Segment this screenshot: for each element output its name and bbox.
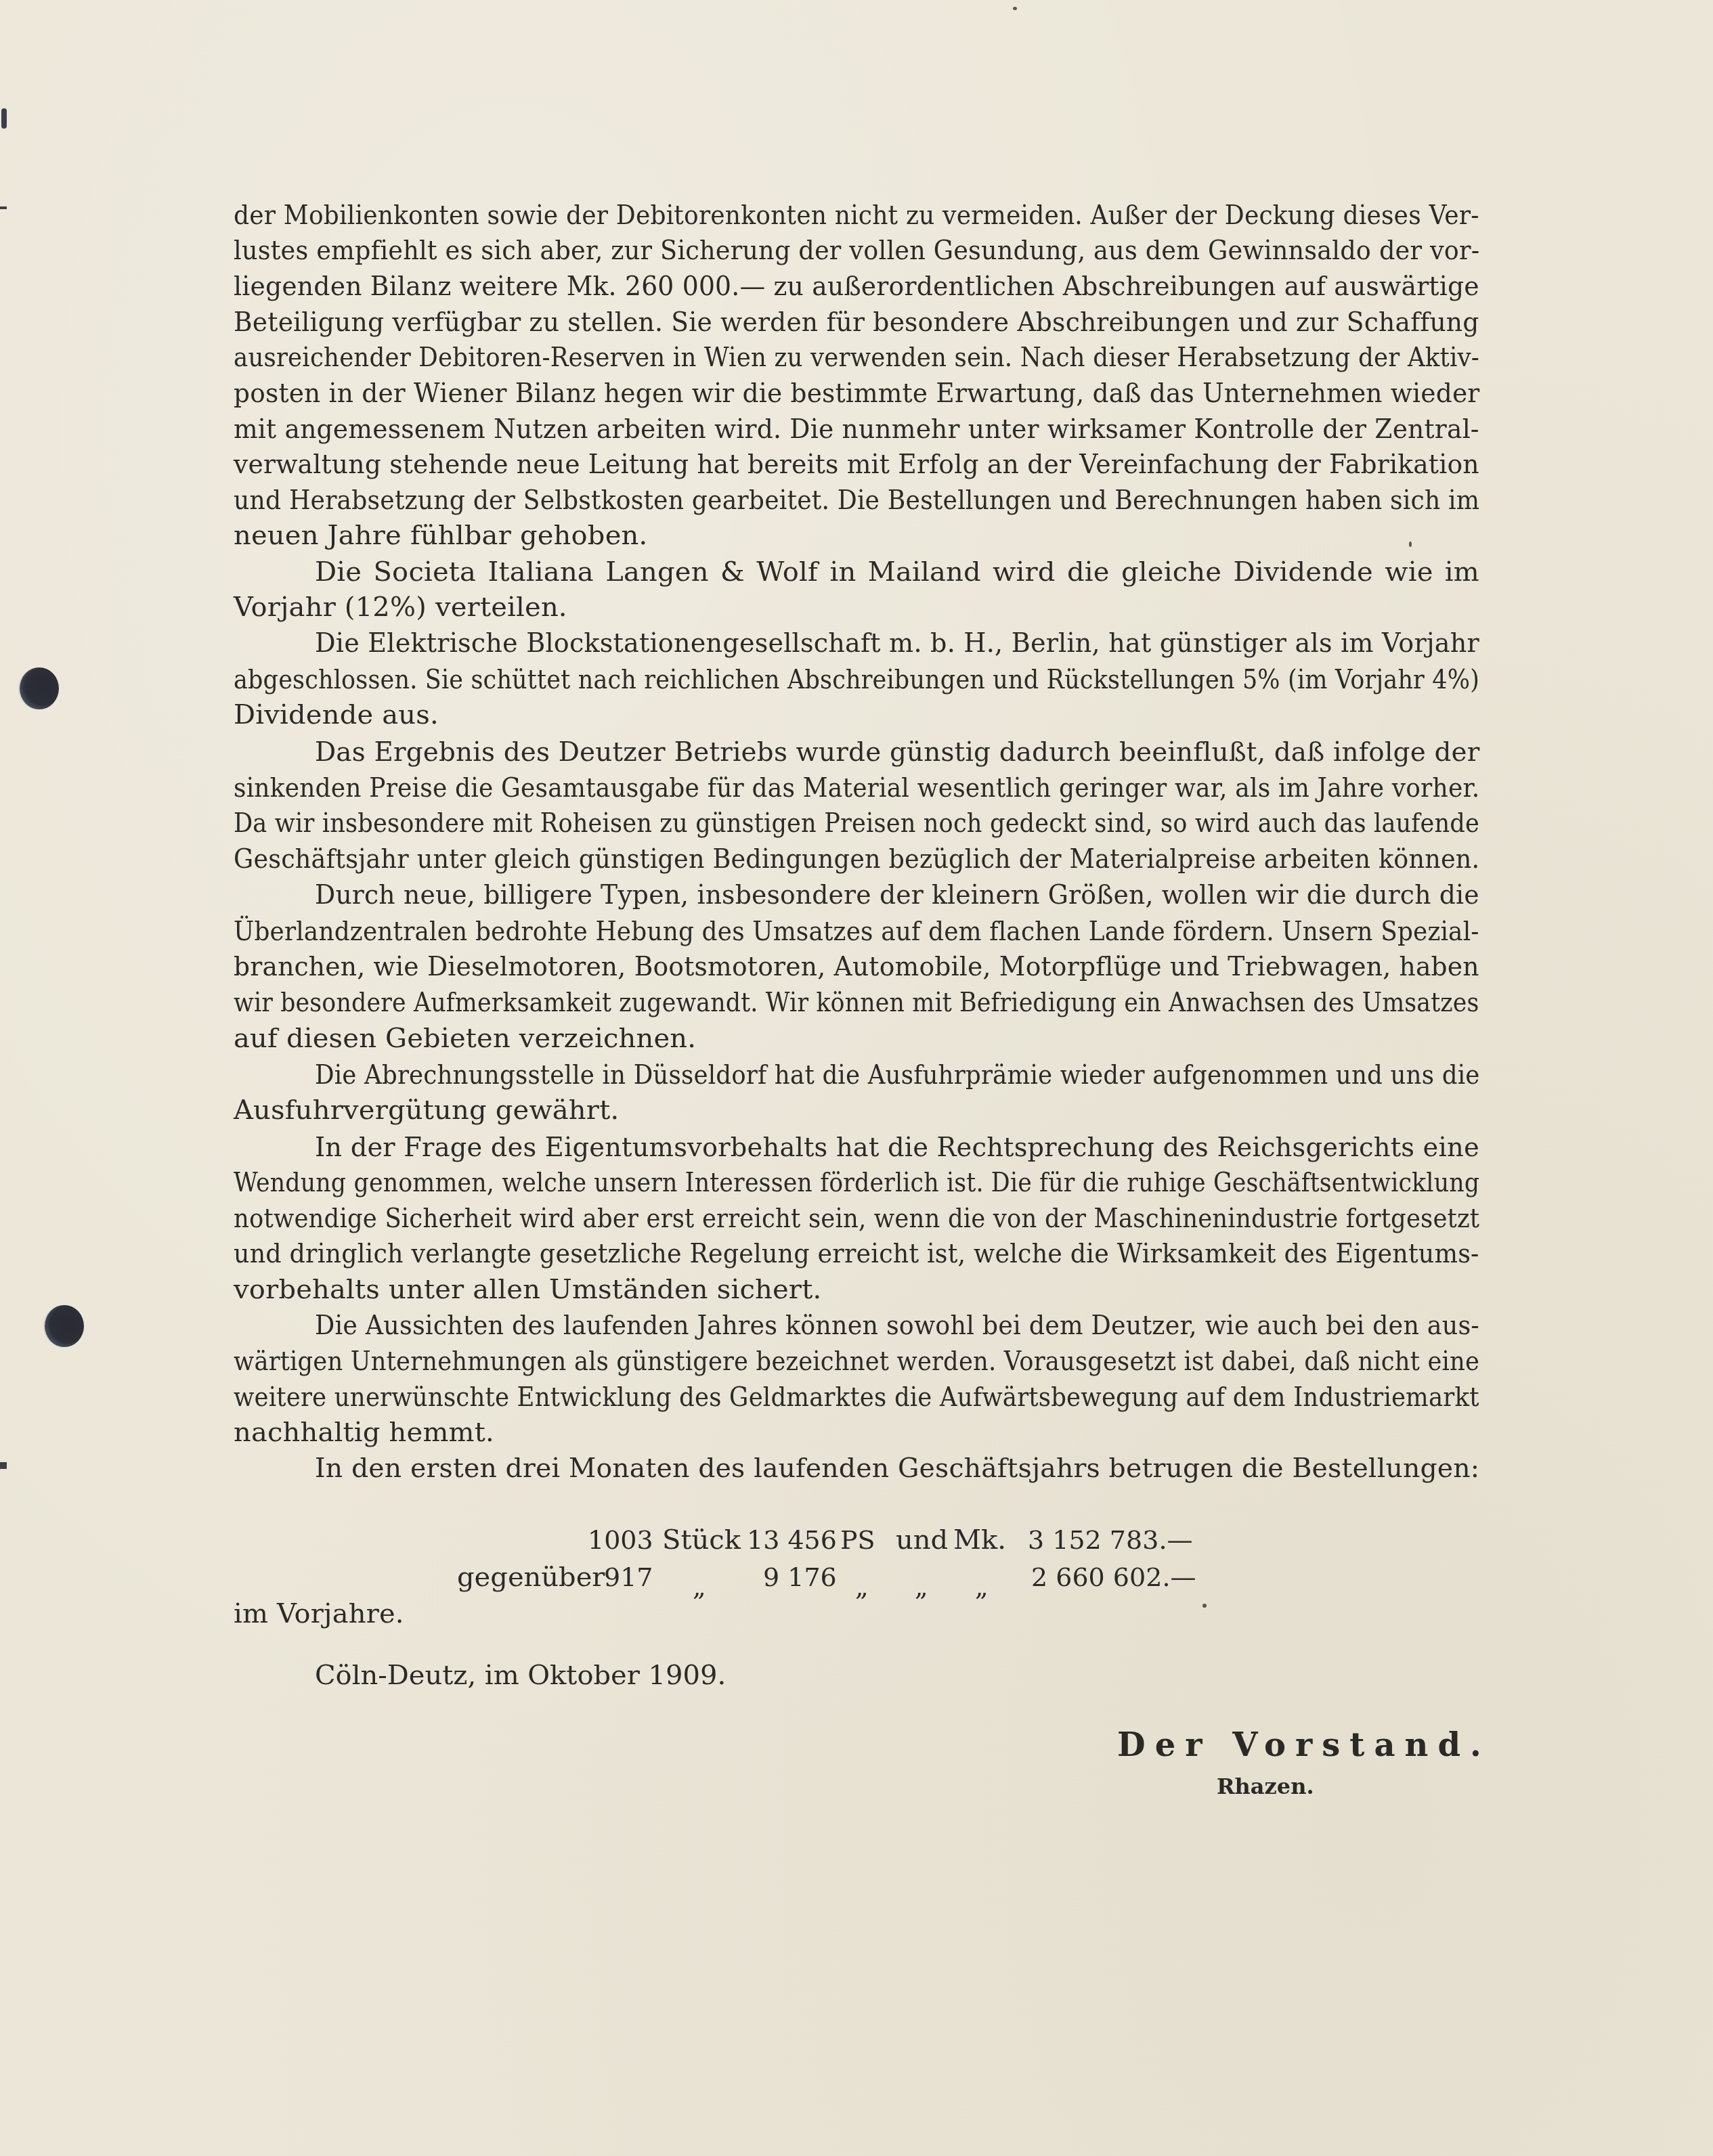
paragraph-first-line: Die Elektrische Blockstationengesellscha… [315, 625, 1479, 661]
text-line: lustes empfiehlt es sich aber, zur Siche… [234, 233, 1479, 268]
current-ps: 13 456 [747, 1522, 837, 1558]
text-line: wir besondere Aufmerksamkeit zugewandt. … [234, 985, 1479, 1020]
text-line: notwendige Sicherheit wird aber erst err… [234, 1201, 1479, 1236]
current-amount: 3 152 783.— [1028, 1522, 1192, 1558]
current-currency: Mk. [953, 1522, 1006, 1558]
text-line: der Mobilienkonten sowie der Debitorenko… [234, 198, 1479, 233]
text-line: weitere unerwünschte Entwicklung des Gel… [234, 1380, 1479, 1415]
text-line: Dividende aus. [234, 697, 1479, 732]
text-line: und Herabsetzung der Selbstkosten gearbe… [234, 483, 1479, 518]
previous-ps: 9 176 [763, 1560, 837, 1595]
signature-title: Der Vorstand. [1117, 1726, 1491, 1764]
text-line: sinkenden Preise die Gesamtausgabe für d… [234, 770, 1479, 806]
paragraph-first-line: In den ersten drei Monaten des laufenden… [315, 1451, 1479, 1486]
text-line: wärtigen Unternehmungen als günstigere b… [234, 1344, 1479, 1379]
signature-name: Rhazen. [1217, 1774, 1314, 1799]
text-line: Beteiligung verfügbar zu stellen. Sie we… [234, 305, 1479, 340]
text-line: verwaltung stehende neue Leitung hat ber… [234, 447, 1479, 482]
punch-hole-upper [20, 667, 59, 709]
binding-edge-mark [0, 1462, 7, 1469]
text-line: neuen Jahre fühlbar gehoben. [234, 518, 1479, 553]
text-line: Da wir insbesondere mit Roheisen zu güns… [234, 806, 1479, 841]
binding-edge-mark [0, 206, 7, 209]
text-line: Geschäftsjahr unter gleich günstigen Bed… [234, 841, 1479, 877]
current-unit-word: Stück [662, 1522, 741, 1558]
paragraph-first-line: Durch neue, billigere Typen, insbesonder… [315, 877, 1479, 912]
paragraph-first-line: Das Ergebnis des Deutzer Betriebs wurde … [315, 734, 1479, 770]
punch-hole-lower [45, 1305, 84, 1347]
current-ps-word: PS [840, 1522, 875, 1558]
paragraph-first-line: Die Aussichten des laufenden Jahres könn… [315, 1308, 1479, 1343]
text-line: liegenden Bilanz weitere Mk. 260 000.— z… [234, 269, 1479, 304]
text-line: branchen, wie Dieselmotoren, Bootsmotore… [234, 949, 1479, 984]
closing-line: im Vorjahre. [234, 1596, 1479, 1631]
paragraph-first-line: Die Abrechnungsstelle in Düsseldorf hat … [315, 1057, 1479, 1093]
paper-speck [1013, 7, 1017, 10]
text-line: posten in der Wiener Bilanz hegen wir di… [234, 376, 1479, 411]
current-units: 1003 [588, 1522, 653, 1558]
binding-edge-mark [1, 108, 7, 129]
paragraph-first-line: In der Frage des Eigentumsvorbehalts hat… [315, 1130, 1479, 1165]
current-and: und [896, 1522, 948, 1558]
place-and-date: Cöln-Deutz, im Oktober 1909. [315, 1658, 726, 1693]
text-line: mit angemessenem Nutzen arbeiten wird. D… [234, 412, 1479, 447]
text-line: Wendung genommen, welche unsern Interess… [234, 1165, 1479, 1200]
text-line: nachhaltig hemmt. [234, 1415, 1479, 1450]
text-line: ausreichender Debitoren-Reserven in Wien… [234, 340, 1479, 375]
text-line: Überlandzentralen bedrohte Hebung des Um… [234, 914, 1479, 949]
previous-amount: 2 660 602.— [1031, 1560, 1196, 1595]
text-line: vorbehalts unter allen Umständen sichert… [234, 1272, 1479, 1307]
previous-label: gegenüber [457, 1560, 605, 1595]
previous-units: 917 [604, 1560, 653, 1595]
text-line: und dringlich verlangte gesetzliche Rege… [234, 1236, 1479, 1271]
text-line: auf diesen Gebieten verzeichnen. [234, 1021, 1479, 1056]
paragraph-first-line: Die Societa Italiana Langen & Wolf in Ma… [315, 554, 1479, 590]
text-line: Ausfuhrvergütung gewährt. [234, 1093, 1479, 1128]
text-line: Vorjahr (12%) verteilen. [234, 590, 1479, 625]
text-line: abgeschlossen. Sie schüttet nach reichli… [234, 662, 1479, 697]
